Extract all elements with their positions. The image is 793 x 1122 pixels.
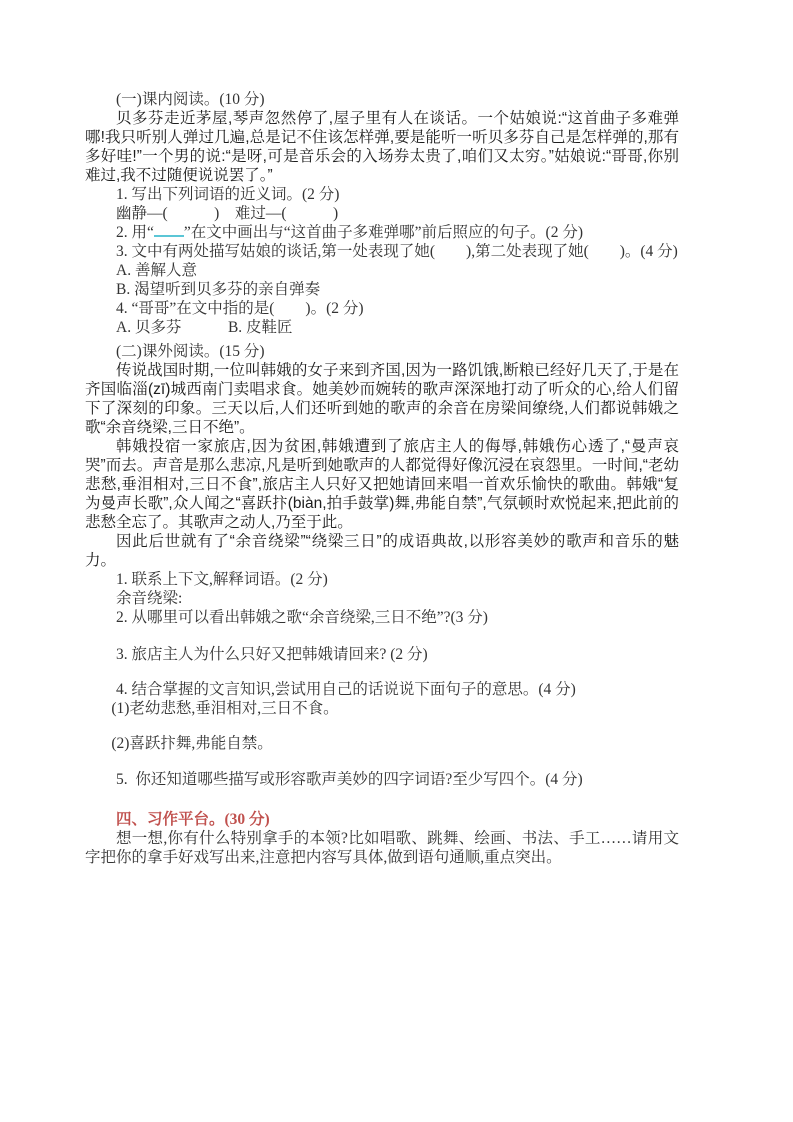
question-4-translate: 4. 结合掌握的文言知识,尝试用自己的话说说下面句子的意思。(4 分) xyxy=(85,680,679,699)
question-2-evidence: 2. 从哪里可以看出韩娥之歌“余音绕梁,三日不绝”?(3 分) xyxy=(85,608,679,627)
section-two-heading: (二)课外阅读。(15 分) xyxy=(85,342,679,361)
question-3-why-invited-back: 3. 旅店主人为什么只好又把韩娥请回来? (2 分) xyxy=(85,645,679,664)
question-1-answer-blanks: 幽静—( ) 难过—( ) xyxy=(85,204,679,223)
passage-beethoven: 贝多芬走近茅屋,琴声忽然停了,屋子里有人在谈话。一个姑娘说:“这首曲子多难弹哪!… xyxy=(85,109,679,185)
question-1-explain: 1. 联系上下文,解释词语。(2 分) xyxy=(85,570,679,589)
passage-haner-paragraph-1: 传说战国时期,一位叫韩娥的女子来到齐国,因为一路饥饿,断粮已经好几天了,于是在齐… xyxy=(85,361,679,437)
question-4-options: A. 贝多芬 B. 皮鞋匠 xyxy=(85,318,679,337)
question-3-option-b: B. 渴望听到贝多芬的亲自弹奏 xyxy=(85,280,679,299)
page-content: (一)课内阅读。(10 分) 贝多芬走近茅屋,琴声忽然停了,屋子里有人在谈话。一… xyxy=(85,90,679,867)
section-four-heading: 四、习作平台。(30 分) xyxy=(85,810,679,829)
question-2-text-post: ”在文中画出与“这首曲子多难弹哪”前后照应的句子。(2 分) xyxy=(184,224,583,241)
passage-haner-paragraph-2: 韩娥投宿一家旅店,因为贫困,韩娥遭到了旅店主人的侮辱,韩娥伤心透了,“曼声哀哭”… xyxy=(85,437,679,532)
section-writing-platform: 四、习作平台。(30 分) 想一想,你有什么特别拿手的本领?比如唱歌、跳舞、绘画… xyxy=(85,810,679,867)
question-3-option-a: A. 善解人意 xyxy=(85,261,679,280)
question-1-term: 余音绕梁: xyxy=(85,589,679,608)
question-1: 1. 写出下列词语的近义词。(2 分) xyxy=(85,185,679,204)
question-3: 3. 文中有两处描写姑娘的谈话,第一处表现了她( ),第二处表现了她( )。(4… xyxy=(85,242,679,261)
section-reading-in-class: (一)课内阅读。(10 分) 贝多芬走近茅屋,琴声忽然停了,屋子里有人在谈话。一… xyxy=(85,90,679,337)
writing-prompt: 想一想,你有什么特别拿手的本领?比如唱歌、跳舞、绘画、书法、手工……请用文字把你… xyxy=(85,829,679,867)
question-2-text-pre: 2. 用“ xyxy=(116,224,154,241)
section-one-heading: (一)课内阅读。(10 分) xyxy=(85,90,679,109)
question-4-sentence-1: (1)老幼悲愁,垂泪相对,三日不食。 xyxy=(85,699,679,718)
question-4-sentence-2: (2)喜跃抃舞,弗能自禁。 xyxy=(85,734,679,753)
passage-haner-paragraph-3: 因此后世就有了“余音绕梁”“绕梁三日”的成语典故,以形容美妙的歌声和音乐的魅力。 xyxy=(85,532,679,570)
question-4: 4. “哥哥”在文中指的是( )。(2 分) xyxy=(85,299,679,318)
question-2: 2. 用“”在文中画出与“这首曲子多难弹哪”前后照应的句子。(2 分) xyxy=(85,223,679,242)
section-reading-out-of-class: (二)课外阅读。(15 分) 传说战国时期,一位叫韩娥的女子来到齐国,因为一路饥… xyxy=(85,342,679,789)
answer-blank-underline xyxy=(154,223,184,237)
question-5-four-char-words: 5. 你还知道哪些描写或形容歌声美妙的四字词语?至少写四个。(4 分) xyxy=(85,770,679,789)
test-paper-page: (一)课内阅读。(10 分) 贝多芬走近茅屋,琴声忽然停了,屋子里有人在谈话。一… xyxy=(0,0,793,1122)
